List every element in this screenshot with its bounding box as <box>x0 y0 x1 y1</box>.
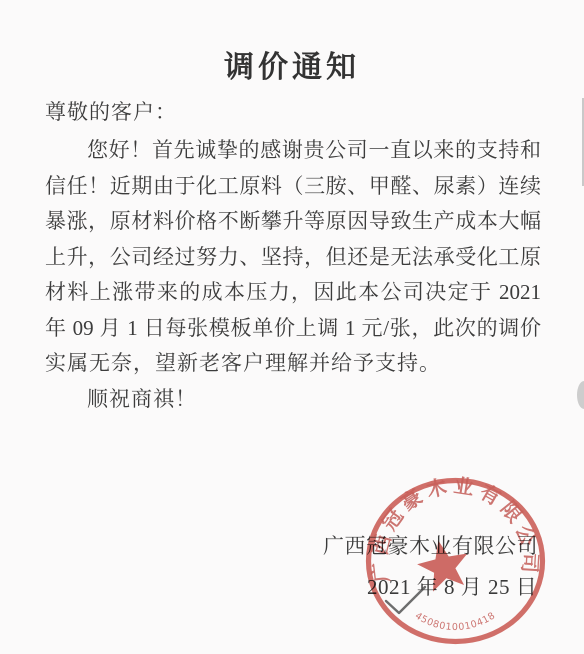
scan-blob-artifact <box>577 381 584 409</box>
document-title: 调价通知 <box>0 42 584 86</box>
body-line: 上升，公司经过努力、坚持，但还是无法承受化工原 <box>45 240 541 276</box>
handwritten-checkmark <box>380 583 430 619</box>
scan-edge-line-artifact <box>582 98 584 186</box>
body-line: 信任！近期由于化工原料（三胺、甲醛、尿素）连续 <box>45 169 541 205</box>
body-line: 年 09 月 1 日每张模板单价上调 1 元/张，此次的调价 <box>45 311 541 347</box>
notice-document: 调价通知 尊敬的客户： 您好！首先诚挚的感谢贵公司一直以来的支持和 信任！近期由… <box>0 0 584 654</box>
body-paragraph: 您好！首先诚挚的感谢贵公司一直以来的支持和 信任！近期由于化工原料（三胺、甲醛、… <box>45 133 541 382</box>
body-line: 您好！首先诚挚的感谢贵公司一直以来的支持和 <box>45 133 541 169</box>
body-line: 材料上涨带来的成本压力，因此本公司决定于 2021 <box>45 275 541 311</box>
company-seal-stamp: 广西冠豪木业有限公司 4508010010418 <box>352 465 558 654</box>
body-line: 暴涨，原材料价格不断攀升等原因导致生产成本大幅 <box>45 204 541 240</box>
closing-salute: 顺祝商祺！ <box>45 382 197 418</box>
body-line: 实属无奈，望新老客户理解并给予支持。 <box>45 346 541 382</box>
salutation-line: 尊敬的客户： <box>45 96 177 126</box>
